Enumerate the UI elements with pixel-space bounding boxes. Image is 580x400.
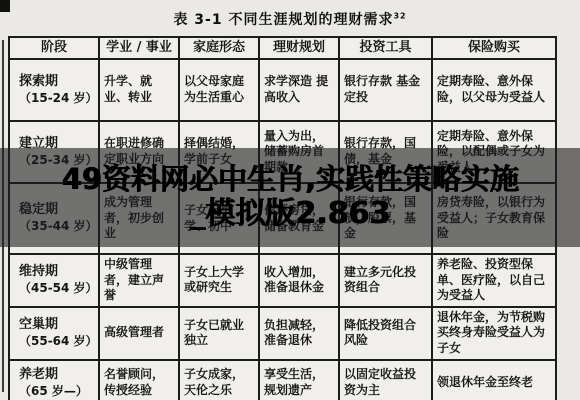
tools-cell: 建立多元化投资组合 <box>339 254 432 307</box>
insurance-cell: 退休年金，为节税购买终身寿险受益人为子女 <box>432 307 556 360</box>
career-cell: 名誉顾问，传授经验 <box>99 360 179 400</box>
header-row: 阶段 学业 / 事业 家庭形态 理财规划 投资工具 保险购买 <box>9 37 556 59</box>
table-title-text: 表 3-1 不同生涯规划的理财需求 <box>173 12 393 28</box>
family-cell: 子女上大学或研究生 <box>179 254 259 307</box>
career-cell: 中级管理者，建立声誉 <box>99 254 179 307</box>
header-plan: 理财规划 <box>259 37 339 59</box>
stage-age: （45-54 岁） <box>19 281 94 297</box>
family-cell: 子女成家，天伦之乐 <box>179 360 259 400</box>
header-insurance: 保险购买 <box>432 37 556 59</box>
insurance-cell: 定期寿险、意外保险，以父母为受益人 <box>432 59 556 121</box>
stage-cell: 维持期 （45-54 岁） <box>9 254 99 307</box>
tools-cell: 以固定收益投资为主 <box>339 360 432 400</box>
tools-cell: 银行存款 基金定投 <box>339 59 432 121</box>
table-row: 空巢期 （55-64 岁） 高级管理者 子女已就业独立 负担减轻，准备退休 降低… <box>9 307 556 360</box>
family-cell: 以父母家庭为生活重心 <box>179 59 259 121</box>
page-title: 表 3-1 不同生涯规划的理财需求32 <box>0 9 580 29</box>
stage-cell: 养老期 （65 岁—） <box>9 360 99 400</box>
stage-age: （65 岁—） <box>19 384 94 400</box>
table-title-superscript: 32 <box>393 11 406 20</box>
watermark-overlay-banner: 49资料网必中生肖,实践性策略实施 _模拟版2.863 <box>0 148 580 247</box>
table-row: 养老期 （65 岁—） 名誉顾问，传授经验 子女成家，天伦之乐 享受生活，规划遗… <box>9 360 556 400</box>
stage-age: （15-24 岁） <box>19 91 94 107</box>
header-stage: 阶段 <box>9 37 99 59</box>
stage-name: 空巢期 <box>19 317 94 334</box>
stage-name: 探索期 <box>19 74 94 91</box>
plan-cell: 求学深造 提高收入 <box>259 59 339 121</box>
stage-cell: 空巢期 （55-64 岁） <box>9 307 99 360</box>
career-cell: 高级管理者 <box>99 307 179 360</box>
table-row: 探索期 （15-24 岁） 升学、就业、转业 以父母家庭为生活重心 求学深造 提… <box>9 59 556 121</box>
stage-age: （55-64 岁） <box>19 334 94 350</box>
plan-cell: 负担减轻，准备退休 <box>259 307 339 360</box>
header-tools: 投资工具 <box>339 37 432 59</box>
plan-cell: 收入增加，准备退休金 <box>259 254 339 307</box>
header-career: 学业 / 事业 <box>99 37 179 59</box>
tools-cell: 降低投资组合风险 <box>339 307 432 360</box>
insurance-cell: 养老险、投资型保单、医疗险，以自己为受益人 <box>432 254 556 307</box>
family-cell: 子女已就业独立 <box>179 307 259 360</box>
stage-name: 养老期 <box>19 367 94 384</box>
stage-name: 维持期 <box>19 264 94 281</box>
plan-cell: 享受生活，规划遗产 <box>259 360 339 400</box>
header-family: 家庭形态 <box>179 37 259 59</box>
insurance-cell: 领退休年金至终老 <box>432 360 556 400</box>
watermark-text-line2: _模拟版2.863 <box>190 197 390 232</box>
career-cell: 升学、就业、转业 <box>99 59 179 121</box>
table-row: 维持期 （45-54 岁） 中级管理者，建立声誉 子女上大学或研究生 收入增加，… <box>9 254 556 307</box>
stage-cell: 探索期 （15-24 岁） <box>9 59 99 121</box>
watermark-text-line1: 49资料网必中生肖,实践性策略实施 <box>61 163 518 196</box>
